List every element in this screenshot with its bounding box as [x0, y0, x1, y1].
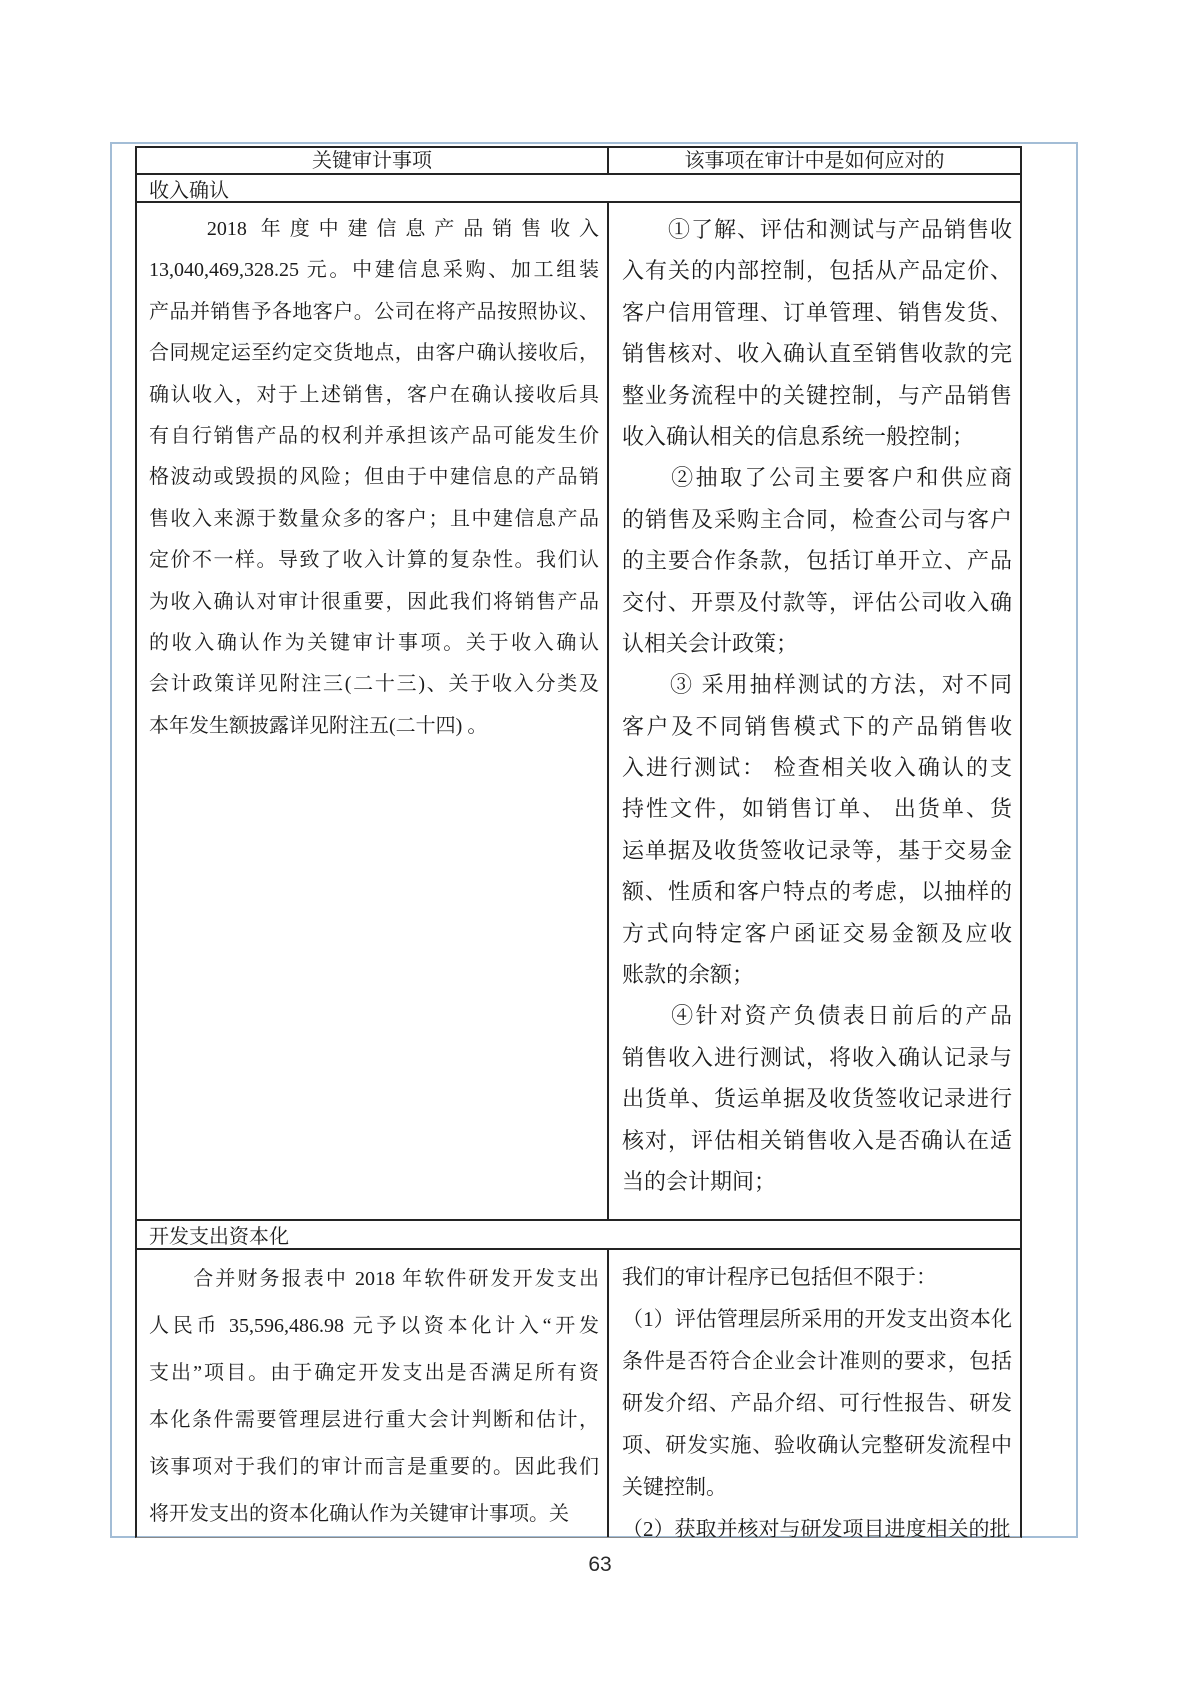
text-line: 会计政策详见附注三(二十三)、关于收入分类及: [149, 664, 599, 705]
text-line: 产品并销售予各地客户。公司在将产品按照协议、: [149, 292, 599, 333]
paragraph: 合并财务报表中 2018 年软件研发开发支出人民币 35,596,486.98 …: [149, 1256, 599, 1537]
text-line: 本化条件需要管理层进行重大会计判断和估计，: [149, 1397, 599, 1444]
text-line: 该事项对于我们的审计而言是重要的。因此我们: [149, 1444, 599, 1491]
text-line: 收入确认相关的信息系统一般控制；: [622, 416, 1012, 457]
text-line: 为收入确认对审计很重要，因此我们将销售产品: [149, 582, 599, 623]
text-line: 持性文件，如销售订单、 出货单、货: [622, 788, 1012, 829]
text-line: 运单据及收货签收记录等，基于交易金: [622, 830, 1012, 871]
content-row-revenue-recognition: 2018 年度中建信息产品销售收入13,040,469,328.25 元。中建信…: [137, 203, 1020, 1221]
text-line: 入进行测试： 检查相关收入确认的支: [622, 747, 1012, 788]
text-line: 条件是否符合企业会计准则的要求，包括从: [622, 1340, 1012, 1382]
text-line: （1）评估管理层所采用的开发支出资本化: [622, 1298, 1012, 1340]
text-line: ④针对资产负债表日前后的产品: [622, 995, 1012, 1036]
paragraph: 2018 年度中建信息产品销售收入13,040,469,328.25 元。中建信…: [149, 209, 599, 747]
content-row-dev-expenditure: 合并财务报表中 2018 年软件研发开发支出人民币 35,596,486.98 …: [137, 1250, 1020, 1537]
text-line: 格波动或毁损的风险；但由于中建信息的产品销: [149, 457, 599, 498]
section-title: 开发支出资本化: [149, 1220, 289, 1249]
text-line: 关键控制。: [622, 1466, 1012, 1508]
text-line: 交付、开票及付款等，评估公司收入确: [622, 582, 1012, 623]
text-line: 合同规定运至约定交货地点，由客户确认接收后，: [149, 333, 599, 374]
text-line: 的主要合作条款，包括订单开立、产品: [622, 540, 1012, 581]
left-cell-matter-description: 2018 年度中建信息产品销售收入13,040,469,328.25 元。中建信…: [137, 203, 607, 1219]
text-line: 我们的审计程序已包括但不限于：: [622, 1256, 1012, 1298]
document-page: 关键审计事项 该事项在审计中是如何应对的 收入确认 2018 年度中建信息产品销…: [0, 0, 1200, 1697]
text-line: 确认收入，对于上述销售，客户在确认接收后具: [149, 375, 599, 416]
text-line: 支出”项目。由于确定开发支出是否满足所有资: [149, 1350, 599, 1397]
text-line: 整业务流程中的关键控制，与产品销售: [622, 375, 1012, 416]
text-line: 销售收入进行测试，将收入确认记录与: [622, 1037, 1012, 1078]
page-number: 63: [0, 1553, 1200, 1577]
left-cell-matter-description: 合并财务报表中 2018 年软件研发开发支出人民币 35,596,486.98 …: [137, 1250, 607, 1537]
section-title-row-revenue-recognition: 收入确认: [137, 175, 1020, 203]
text-line: 核对，评估相关销售收入是否确认在适: [622, 1120, 1012, 1161]
text-line: 账款的余额；: [622, 954, 1012, 995]
header-cell-key-audit-matters: 关键审计事项: [137, 148, 607, 173]
text-line: 本年发生额披露详见附注五(二十四) 。: [149, 706, 599, 747]
text-line: 定价不一样。导致了收入计算的复杂性。我们认: [149, 540, 599, 581]
text-line: 售收入来源于数量众多的客户；且中建信息产品: [149, 499, 599, 540]
header-cell-how-addressed: 该事项在审计中是如何应对的: [607, 148, 1020, 173]
text-line: 研发介绍、产品介绍、可行性报告、研发立: [622, 1382, 1012, 1424]
text-line: ②抽取了公司主要客户和供应商: [622, 457, 1012, 498]
text-line: 入有关的内部控制，包括从产品定价、: [622, 250, 1012, 291]
right-cell-audit-response: 我们的审计程序已包括但不限于：（1）评估管理层所采用的开发支出资本化条件是否符合…: [607, 1250, 1020, 1537]
paragraph: ③ 采用抽样测试的方法，对不同客户及不同销售模式下的产品销售收入进行测试： 检查…: [622, 664, 1012, 995]
text-line: ③ 采用抽样测试的方法，对不同: [622, 664, 1012, 705]
text-line: 的收入确认作为关键审计事项。关于收入确认: [149, 623, 599, 664]
text-line: 客户信用管理、订单管理、销售发货、: [622, 292, 1012, 333]
text-line: 认相关会计政策；: [622, 623, 1012, 664]
section-title-row-dev-expenditure: 开发支出资本化: [137, 1221, 1020, 1250]
paragraph: 我们的审计程序已包括但不限于：: [622, 1256, 1012, 1298]
text-line: 有自行销售产品的权利并承担该产品可能发生价: [149, 416, 599, 457]
text-line: 项、研发实施、验收确认完整研发流程中的: [622, 1424, 1012, 1466]
paragraph: （1）评估管理层所采用的开发支出资本化条件是否符合企业会计准则的要求，包括从研发…: [622, 1298, 1012, 1508]
paragraph: ④针对资产负债表日前后的产品销售收入进行测试，将收入确认记录与出货单、货运单据及…: [622, 995, 1012, 1202]
text-line: 13,040,469,328.25 元。中建信息采购、加工组装: [149, 250, 599, 291]
text-line: 人民币 35,596,486.98 元予以资本化计入“开发: [149, 1303, 599, 1350]
text-line: 销售核对、收入确认直至销售收款的完: [622, 333, 1012, 374]
paragraph: ②抽取了公司主要客户和供应商的销售及采购主合同，检查公司与客户的主要合作条款，包…: [622, 457, 1012, 664]
table-header-row: 关键审计事项 该事项在审计中是如何应对的: [137, 148, 1020, 175]
text-line: 出货单、货运单据及收货签收记录进行: [622, 1078, 1012, 1119]
text-line: 的销售及采购主合同，检查公司与客户: [622, 499, 1012, 540]
text-line: 将开发支出的资本化确认作为关键审计事项。关: [149, 1491, 599, 1537]
text-line: （2）获取并核对与研发项目进度相关的批: [622, 1508, 1012, 1537]
text-line: 2018 年度中建信息产品销售收入: [149, 209, 599, 250]
paragraph: （2）获取并核对与研发项目进度相关的批: [622, 1508, 1012, 1537]
text-line: ①了解、评估和测试与产品销售收: [622, 209, 1012, 250]
text-line: 额、性质和客户特点的考虑，以抽样的: [622, 871, 1012, 912]
key-audit-matters-table: 关键审计事项 该事项在审计中是如何应对的 收入确认 2018 年度中建信息产品销…: [135, 146, 1022, 1538]
text-line: 合并财务报表中 2018 年软件研发开发支出: [149, 1256, 599, 1303]
text-line: 客户及不同销售模式下的产品销售收: [622, 706, 1012, 747]
text-line: 方式向特定客户函证交易金额及应收: [622, 913, 1012, 954]
paragraph: ①了解、评估和测试与产品销售收入有关的内部控制，包括从产品定价、客户信用管理、订…: [622, 209, 1012, 457]
right-cell-audit-response: ①了解、评估和测试与产品销售收入有关的内部控制，包括从产品定价、客户信用管理、订…: [607, 203, 1020, 1219]
section-title: 收入确认: [149, 174, 229, 203]
text-line: 当的会计期间；: [622, 1161, 1012, 1202]
